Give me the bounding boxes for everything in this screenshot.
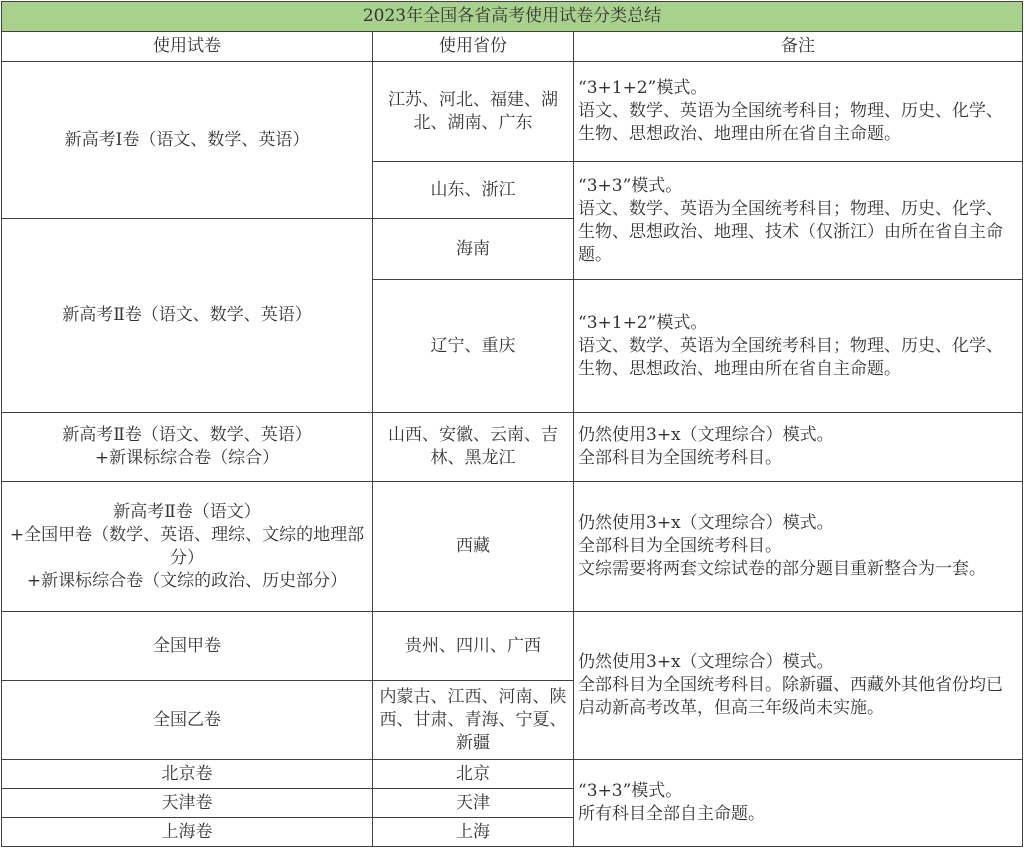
note-line: 仍然使用3+x（文理综合）模式。: [578, 512, 1018, 535]
provinces-cell: 山东、浙江: [373, 162, 574, 219]
note-line: 文综需要将两套文综试卷的部分题目重新整合为一套。: [578, 558, 1018, 581]
table-row: 新高考Ⅰ卷（语文、数学、英语） 江苏、河北、福建、湖北、湖南、广东 “3+1+2…: [2, 62, 1023, 162]
paper-cell: 北京卷: [2, 760, 373, 789]
provinces-cell: 上海: [373, 818, 574, 847]
provinces-cell: 辽宁、重庆: [373, 280, 574, 413]
exam-paper-summary-table: 2023年全国各省高考使用试卷分类总结 使用试卷 使用省份 备注 新高考Ⅰ卷（语…: [1, 1, 1023, 847]
paper-line: +全国甲卷（数学、英语、理综、文综的地理部分）: [6, 524, 368, 570]
note-cell: “3+1+2”模式。 语文、数学、英语为全国统考科目；物理、历史、化学、生物、思…: [574, 62, 1023, 162]
note-line: “3+3”模式。: [578, 175, 1018, 198]
paper-cell: 新高考Ⅰ卷（语文、数学、英语）: [2, 62, 373, 219]
paper-cell: 新高考Ⅱ卷（语文） +全国甲卷（数学、英语、理综、文综的地理部分） +新课标综合…: [2, 482, 373, 612]
note-line: 语文、数学、英语为全国统考科目；物理、历史、化学、生物、思想政治、地理由所在省自…: [578, 335, 1018, 381]
note-line: “3+1+2”模式。: [578, 312, 1018, 335]
table-row: 全国甲卷 贵州、四川、广西 仍然使用3+x（文理综合）模式。 全部科目为全国统考…: [2, 612, 1023, 681]
note-cell: 仍然使用3+x（文理综合）模式。 全部科目为全国统考科目。: [574, 413, 1023, 482]
note-line: 语文、数学、英语为全国统考科目；物理、历史、化学、生物、思想政治、地理由所在省自…: [578, 100, 1018, 146]
note-cell: “3+3”模式。 语文、数学、英语为全国统考科目；物理、历史、化学、生物、思想政…: [574, 162, 1023, 280]
provinces-cell: 海南: [373, 219, 574, 280]
provinces-cell: 北京: [373, 760, 574, 789]
paper-cell: 全国乙卷: [2, 681, 373, 760]
provinces-cell: 贵州、四川、广西: [373, 612, 574, 681]
provinces-cell: 西藏: [373, 482, 574, 612]
table-title: 2023年全国各省高考使用试卷分类总结: [2, 2, 1023, 32]
note-line: 全部科目为全国统考科目。: [578, 535, 1018, 558]
note-line: 仍然使用3+x（文理综合）模式。: [578, 651, 1018, 674]
provinces-cell: 天津: [373, 789, 574, 818]
header-row: 使用试卷 使用省份 备注: [2, 32, 1023, 62]
note-line: 语文、数学、英语为全国统考科目；物理、历史、化学、生物、思想政治、地理、技术（仅…: [578, 198, 1018, 267]
table-row: 新高考Ⅱ卷（语文） +全国甲卷（数学、英语、理综、文综的地理部分） +新课标综合…: [2, 482, 1023, 612]
header-provinces: 使用省份: [373, 32, 574, 62]
note-cell: “3+3”模式。 所有科目全部自主命题。: [574, 760, 1023, 847]
note-cell: 仍然使用3+x（文理综合）模式。 全部科目为全国统考科目。除新疆、西藏外其他省份…: [574, 612, 1023, 760]
paper-line: +新课标综合卷（文综的政治、历史部分）: [6, 570, 368, 593]
note-line: “3+1+2”模式。: [578, 77, 1018, 100]
paper-line: 新高考Ⅱ卷（语文、数学、英语）: [6, 424, 368, 447]
header-notes: 备注: [574, 32, 1023, 62]
paper-cell: 全国甲卷: [2, 612, 373, 681]
note-cell: “3+1+2”模式。 语文、数学、英语为全国统考科目；物理、历史、化学、生物、思…: [574, 280, 1023, 413]
paper-cell: 上海卷: [2, 818, 373, 847]
note-line: 所有科目全部自主命题。: [578, 803, 1018, 826]
table-row: 新高考Ⅱ卷（语文、数学、英语） +新课标综合卷（综合） 山西、安徽、云南、吉林、…: [2, 413, 1023, 482]
table-row: 北京卷 北京 “3+3”模式。 所有科目全部自主命题。: [2, 760, 1023, 789]
note-line: “3+3”模式。: [578, 780, 1018, 803]
paper-line: +新课标综合卷（综合）: [6, 447, 368, 470]
provinces-cell: 内蒙古、江西、河南、陕西、甘肃、青海、宁夏、新疆: [373, 681, 574, 760]
title-row: 2023年全国各省高考使用试卷分类总结: [2, 2, 1023, 32]
paper-cell: 新高考Ⅱ卷（语文、数学、英语）: [2, 219, 373, 413]
paper-cell: 新高考Ⅱ卷（语文、数学、英语） +新课标综合卷（综合）: [2, 413, 373, 482]
header-paper: 使用试卷: [2, 32, 373, 62]
note-line: 全部科目为全国统考科目。: [578, 447, 1018, 470]
provinces-cell: 山西、安徽、云南、吉林、黑龙江: [373, 413, 574, 482]
provinces-cell: 江苏、河北、福建、湖北、湖南、广东: [373, 62, 574, 162]
note-cell: 仍然使用3+x（文理综合）模式。 全部科目为全国统考科目。 文综需要将两套文综试…: [574, 482, 1023, 612]
note-line: 全部科目为全国统考科目。除新疆、西藏外其他省份均已启动新高考改革，但高三年级尚未…: [578, 674, 1018, 720]
paper-cell: 天津卷: [2, 789, 373, 818]
note-line: 仍然使用3+x（文理综合）模式。: [578, 424, 1018, 447]
paper-line: 新高考Ⅱ卷（语文）: [6, 501, 368, 524]
